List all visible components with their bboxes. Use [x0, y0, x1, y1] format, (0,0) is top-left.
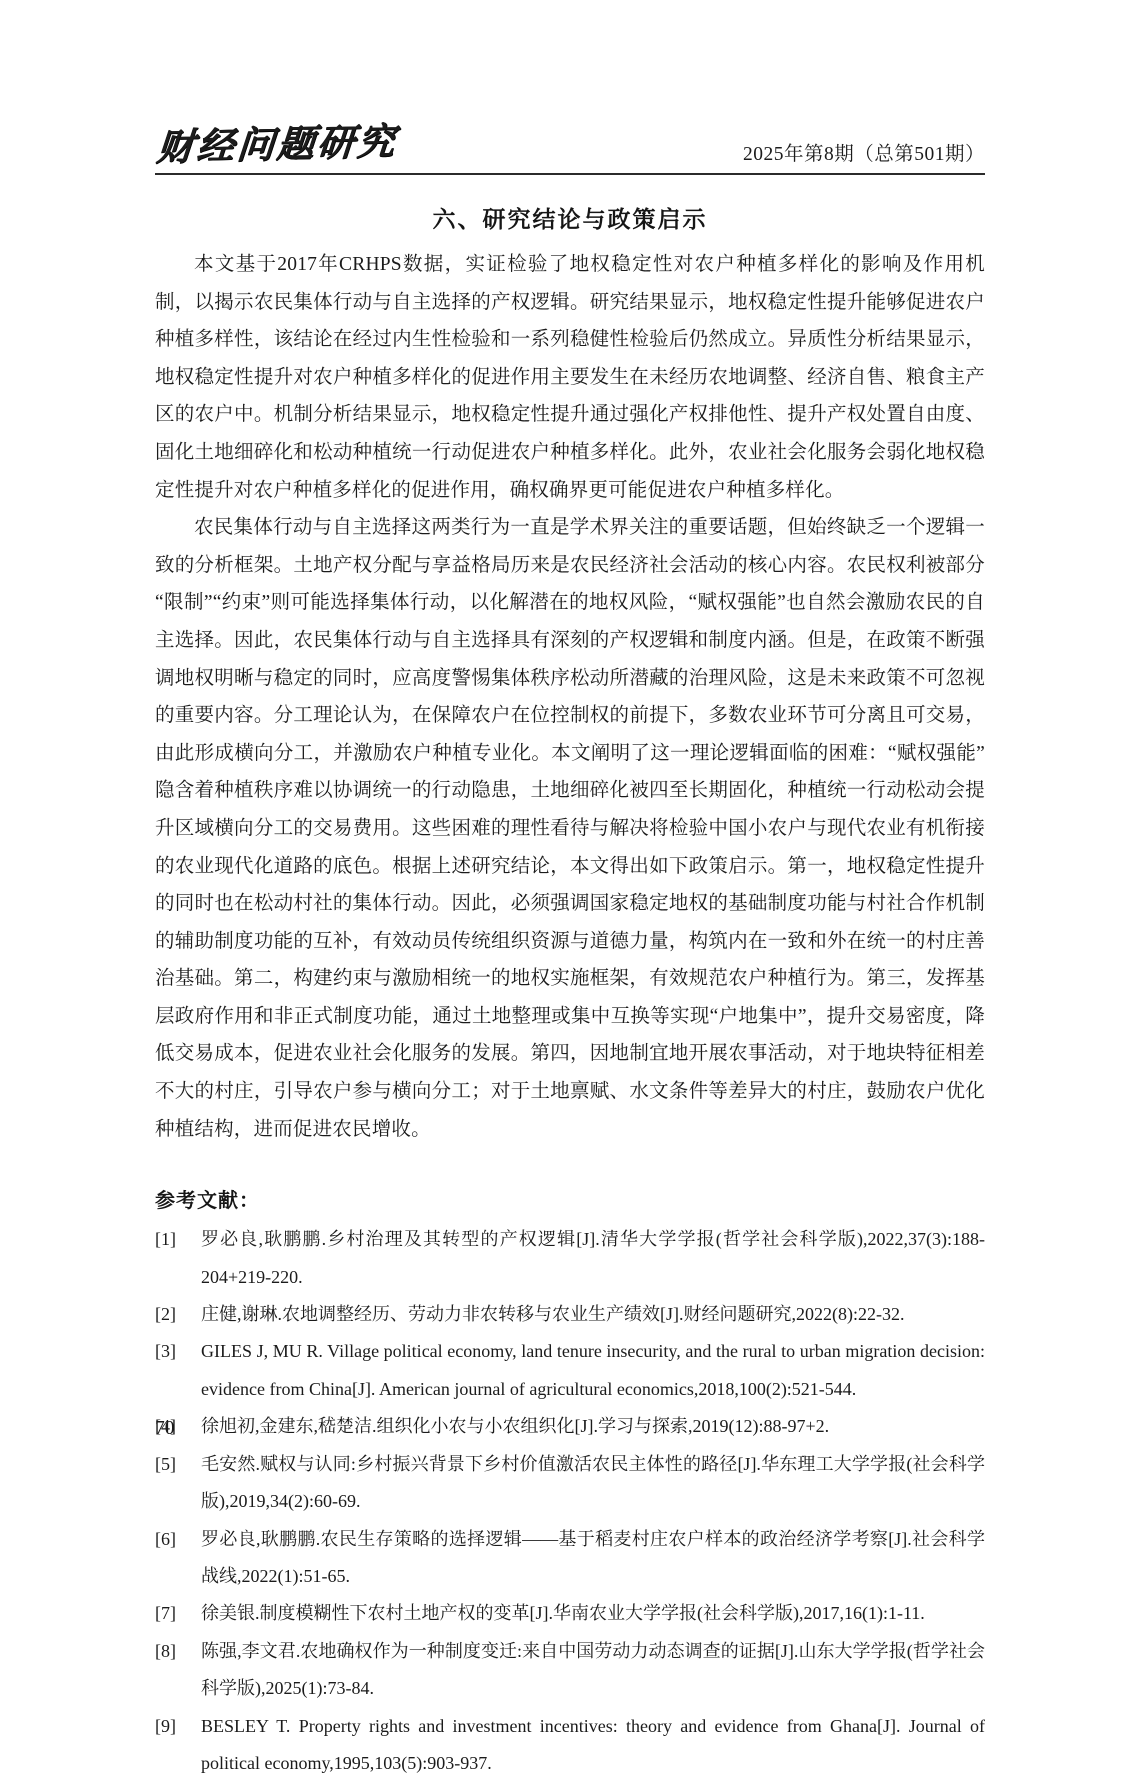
reference-number: [1] [155, 1221, 201, 1258]
reference-text: 毛安然.赋权与认同:乡村振兴背景下乡村价值激活农民主体性的路径[J].华东理工大… [201, 1446, 985, 1521]
page-header: 财经问题研究 2025年第8期（总第501期） [155, 0, 985, 175]
paragraph-policy-implications: 农民集体行动与自主选择这两类行为一直是学术界关注的重要话题，但始终缺乏一个逻辑一… [155, 509, 985, 1148]
reference-item: [1] 罗必良,耿鹏鹏.乡村治理及其转型的产权逻辑[J].清华大学学报(哲学社会… [155, 1221, 985, 1296]
journal-logo: 财经问题研究 [155, 124, 399, 169]
reference-number: [5] [155, 1446, 201, 1483]
reference-item: [4] 徐旭初,金建东,嵇楚洁.组织化小农与小农组织化[J].学习与探索,201… [155, 1408, 985, 1445]
reference-text: BESLEY T. Property rights and investment… [201, 1708, 985, 1782]
reference-item: [5] 毛安然.赋权与认同:乡村振兴背景下乡村价值激活农民主体性的路径[J].华… [155, 1446, 985, 1521]
reference-number: [6] [155, 1521, 201, 1558]
reference-item: [9] BESLEY T. Property rights and invest… [155, 1708, 985, 1782]
reference-text: 徐旭初,金建东,嵇楚洁.组织化小农与小农组织化[J].学习与探索,2019(12… [201, 1408, 985, 1445]
reference-text: GILES J, MU R. Village political economy… [201, 1333, 985, 1408]
reference-text: 罗必良,耿鹏鹏.乡村治理及其转型的产权逻辑[J].清华大学学报(哲学社会科学版)… [201, 1221, 985, 1296]
reference-item: [2] 庄健,谢琳.农地调整经历、劳动力非农转移与农业生产绩效[J].财经问题研… [155, 1296, 985, 1333]
reference-number: [8] [155, 1633, 201, 1670]
issue-info: 2025年第8期（总第501期） [743, 143, 985, 169]
reference-text: 陈强,李文君.农地确权作为一种制度变迁:来自中国劳动力动态调查的证据[J].山东… [201, 1633, 985, 1708]
reference-item: [3] GILES J, MU R. Village political eco… [155, 1333, 985, 1408]
reference-number: [2] [155, 1296, 201, 1333]
reference-text: 徐美银.制度模糊性下农村土地产权的变革[J].华南农业大学学报(社会科学版),2… [201, 1595, 985, 1632]
references-list: [1] 罗必良,耿鹏鹏.乡村治理及其转型的产权逻辑[J].清华大学学报(哲学社会… [155, 1221, 985, 1782]
reference-number: [7] [155, 1595, 201, 1632]
reference-item: [8] 陈强,李文君.农地确权作为一种制度变迁:来自中国劳动力动态调查的证据[J… [155, 1633, 985, 1708]
reference-text: 罗必良,耿鹏鹏.农民生存策略的选择逻辑——基于稻麦村庄农户样本的政治经济学考察[… [201, 1521, 985, 1596]
reference-number: [3] [155, 1333, 201, 1370]
page-number: 70 [155, 1418, 175, 1440]
reference-number: [9] [155, 1708, 201, 1745]
reference-item: [6] 罗必良,耿鹏鹏.农民生存策略的选择逻辑——基于稻麦村庄农户样本的政治经济… [155, 1521, 985, 1596]
reference-item: [7] 徐美银.制度模糊性下农村土地产权的变革[J].华南农业大学学报(社会科学… [155, 1595, 985, 1632]
section-title: 六、研究结论与政策启示 [155, 201, 985, 234]
reference-text: 庄健,谢琳.农地调整经历、劳动力非农转移与农业生产绩效[J].财经问题研究,20… [201, 1296, 985, 1333]
references-heading: 参考文献： [155, 1184, 985, 1213]
journal-page: 财经问题研究 2025年第8期（总第501期） 六、研究结论与政策启示 本文基于… [0, 0, 1140, 1600]
article-body: 本文基于2017年CRHPS数据，实证检验了地权稳定性对农户种植多样化的影响及作… [155, 246, 985, 1148]
paragraph-conclusion: 本文基于2017年CRHPS数据，实证检验了地权稳定性对农户种植多样化的影响及作… [155, 246, 985, 509]
